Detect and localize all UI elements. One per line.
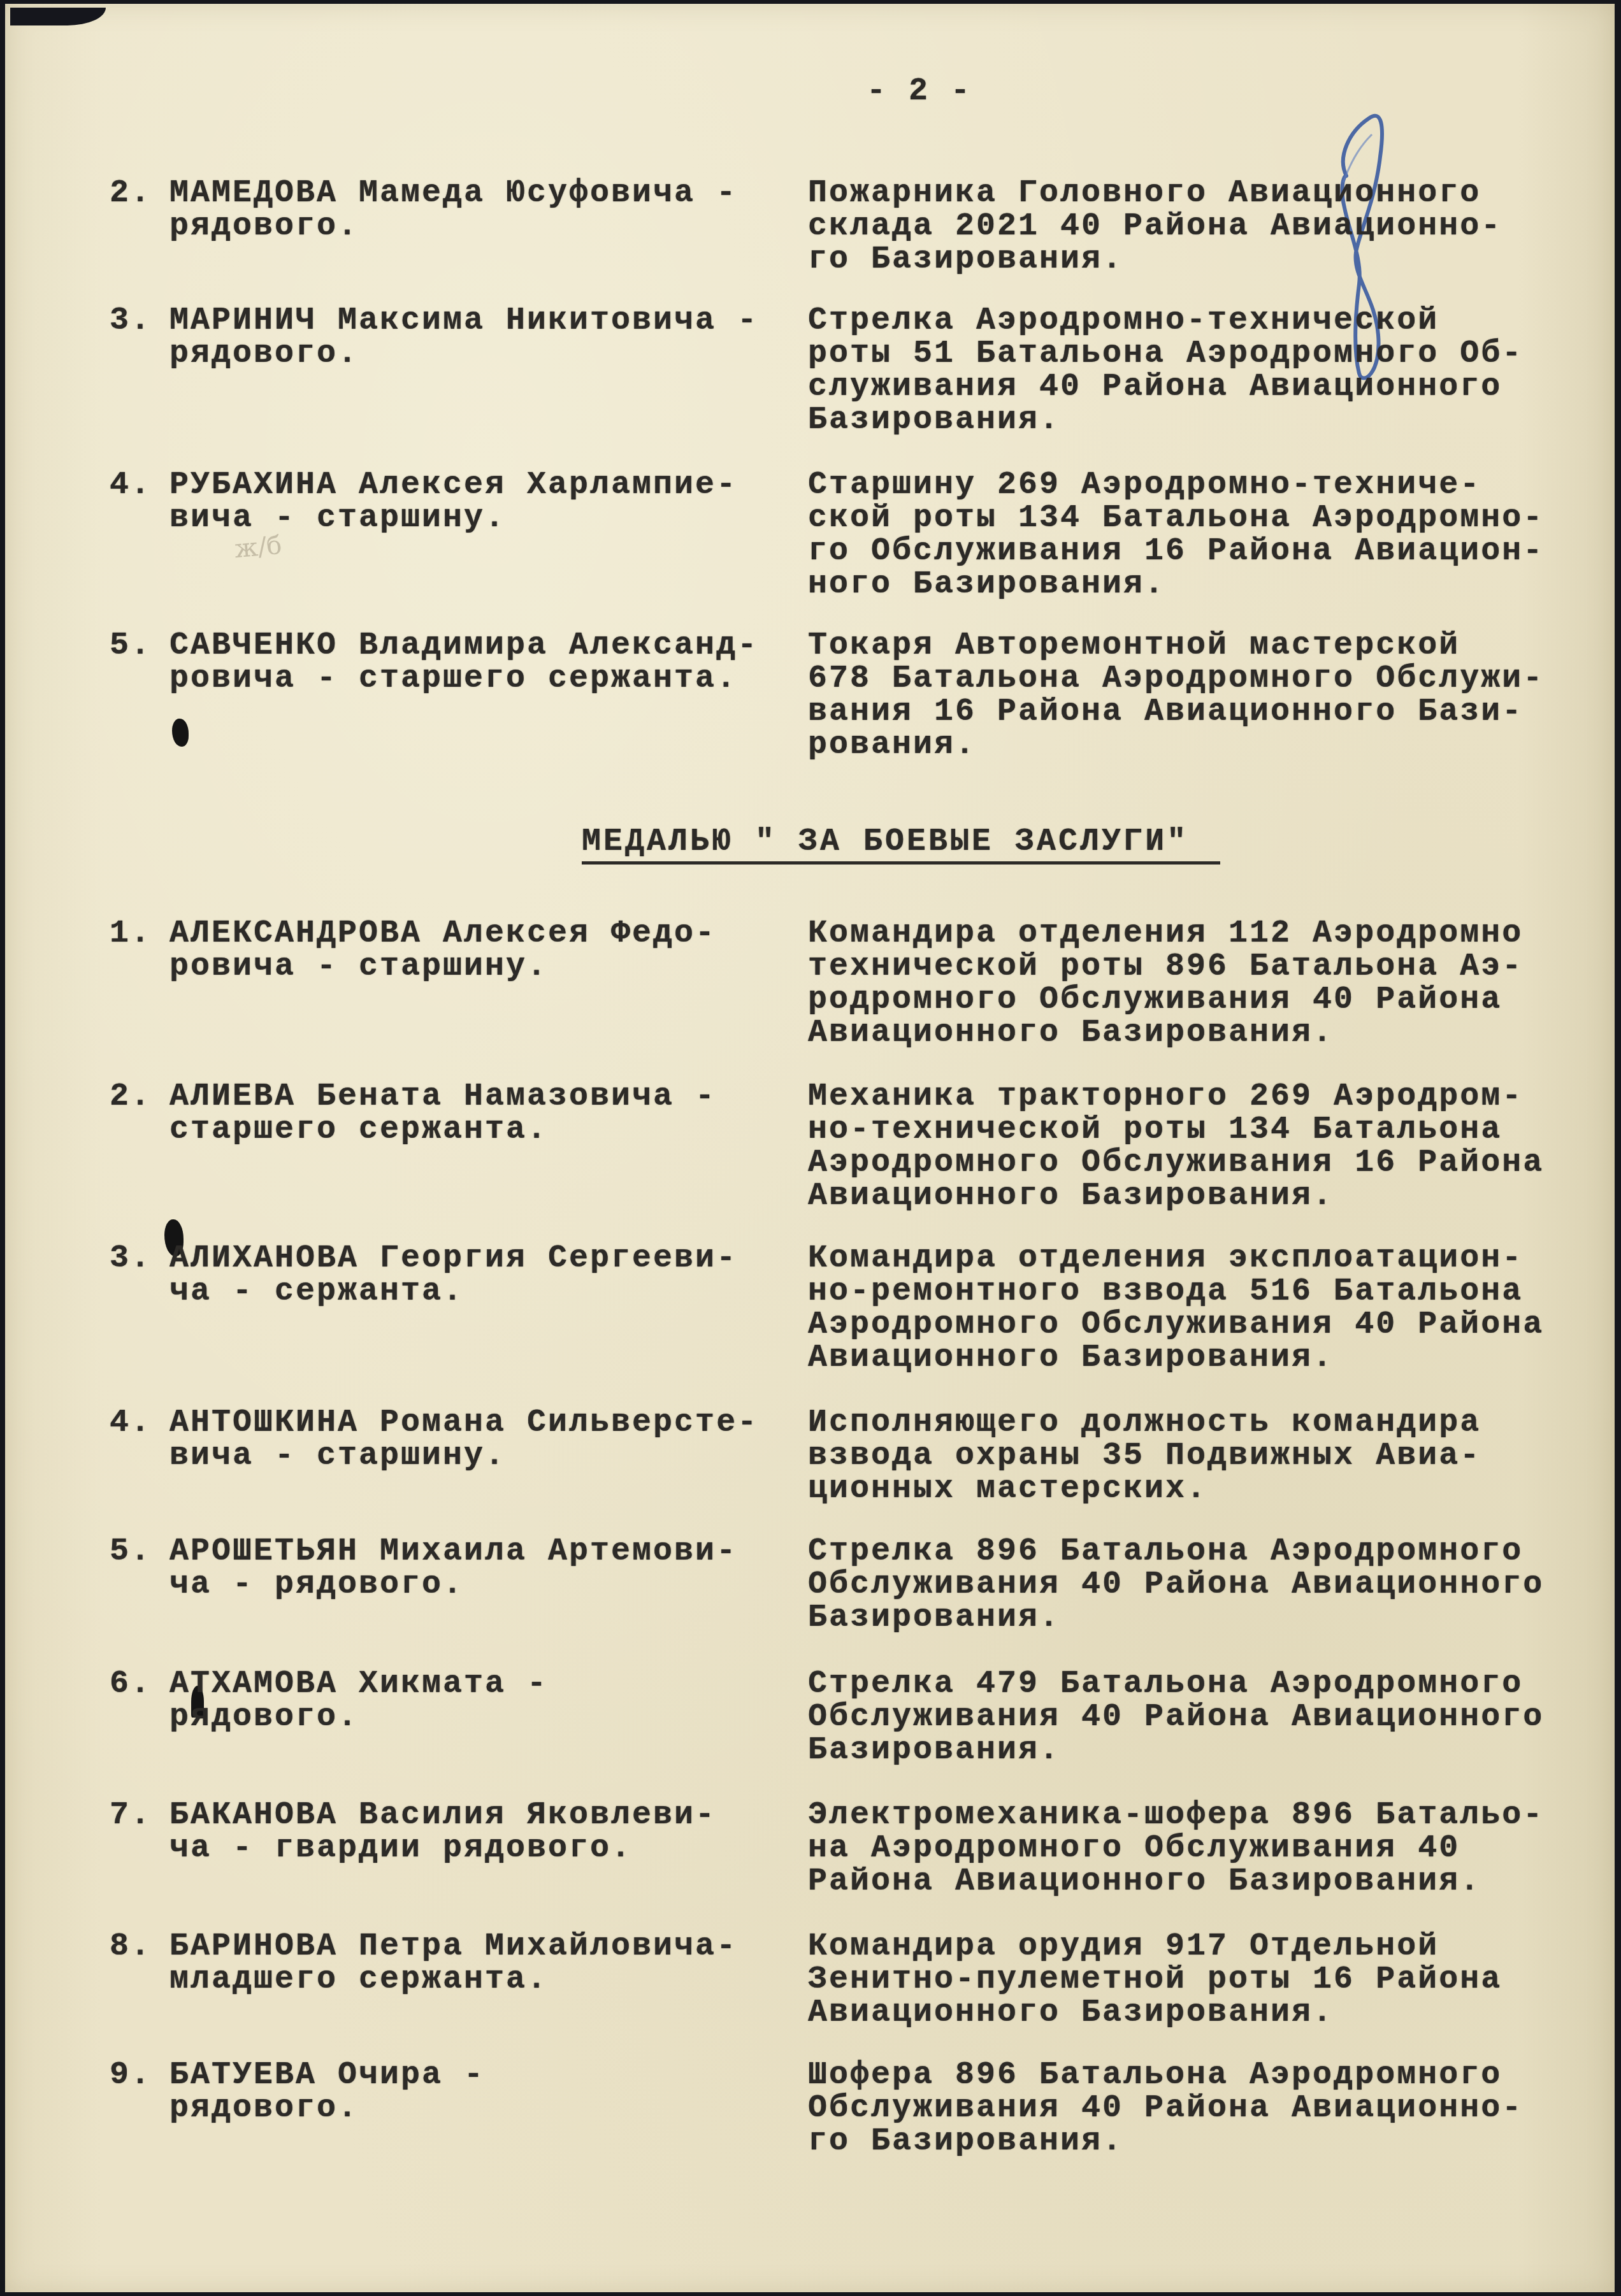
entry-number: 4. — [88, 469, 152, 502]
entry-number: 3. — [88, 305, 152, 338]
recipient-position: Электромеханика-шофера 896 Батальо- на А… — [808, 1799, 1598, 1898]
entry-number: 9. — [88, 2059, 152, 2092]
recipient-position: Командира отделения 112 Аэродромно техни… — [808, 917, 1598, 1050]
recipient-name-rank: БАРИНОВА Петра Михайловича- младшего сер… — [169, 1930, 896, 1997]
recipient-name-rank: МАРИНИЧ Максима Никитовича - рядового. — [169, 305, 896, 371]
entry-number: 5. — [88, 1535, 152, 1568]
recipient-position: Старшину 269 Аэродромно-техниче- ской ро… — [808, 469, 1598, 601]
recipient-position: Токаря Авторемонтной мастерской 678 Бата… — [808, 629, 1598, 762]
recipient-position: Стрелка 896 Батальона Аэродромного Обслу… — [808, 1535, 1598, 1635]
recipient-name-rank: РУБАХИНА Алексея Харлампие- вича - старш… — [169, 469, 896, 535]
recipient-name-rank: САВЧЕНКО Владимира Александ- ровича - ст… — [169, 629, 896, 696]
recipient-position: Стрелка Аэродромно-технической роты 51 Б… — [808, 305, 1598, 437]
document-page: - 2 - 2. МАМЕДОВА Мамеда Юсуфовича - ряд… — [5, 4, 1615, 2292]
faint-pencil-mark: ж/б — [233, 531, 283, 564]
entry-number: 4. — [88, 1407, 152, 1440]
recipient-position: Командира орудия 917 Отдельной Зенитно-п… — [808, 1930, 1598, 2030]
page-number: - 2 - — [867, 75, 972, 108]
entry-number: 1. — [88, 917, 152, 951]
entry-number: 7. — [88, 1799, 152, 1832]
recipient-position: Механика тракторного 269 Аэродром- но-те… — [808, 1080, 1598, 1213]
recipient-position: Стрелка 479 Батальона Аэродромного Обслу… — [808, 1668, 1598, 1767]
recipient-name-rank: АЛИХАНОВА Георгия Сергееви- ча - сержант… — [169, 1242, 896, 1309]
recipient-name-rank: АТХАМОВА Хикмата - рядового. — [169, 1668, 896, 1734]
section-heading-medal-combat-merit: МЕДАЛЬЮ " ЗА БОЕВЫЕ ЗАСЛУГИ" — [582, 826, 1220, 865]
recipient-name-rank: МАМЕДОВА Мамеда Юсуфовича - рядового. — [169, 177, 896, 243]
entry-number: 2. — [88, 1080, 152, 1114]
ink-blot — [172, 719, 189, 747]
recipient-position: Исполняющего должность командира взвода … — [808, 1407, 1598, 1506]
recipient-name-rank: АРОШЕТЬЯН Михаила Артемови- ча - рядовог… — [169, 1535, 896, 1602]
recipient-name-rank: АЛИЕВА Бената Намазовича - старшего серж… — [169, 1080, 896, 1147]
entry-number: 6. — [88, 1668, 152, 1701]
torn-corner — [10, 8, 106, 25]
recipient-name-rank: АНТОШКИНА Романа Сильверсте- вича - стар… — [169, 1407, 896, 1473]
entry-number: 3. — [88, 1242, 152, 1275]
recipient-position: Пожарника Головного Авиационного склада … — [808, 177, 1598, 276]
entry-number: 2. — [88, 177, 152, 210]
recipient-name-rank: АЛЕКСАНДРОВА Алексея Федо- ровича - стар… — [169, 917, 896, 984]
recipient-name-rank: БАТУЕВА Очира - рядового. — [169, 2059, 896, 2125]
recipient-name-rank: БАКАНОВА Василия Яковлеви- ча - гвардии … — [169, 1799, 896, 1865]
recipient-position: Командира отделения эксплоатацион- но-ре… — [808, 1242, 1598, 1375]
recipient-position: Шофера 896 Батальона Аэродромного Обслуж… — [808, 2059, 1598, 2158]
entry-number: 8. — [88, 1930, 152, 1963]
entry-number: 5. — [88, 629, 152, 663]
